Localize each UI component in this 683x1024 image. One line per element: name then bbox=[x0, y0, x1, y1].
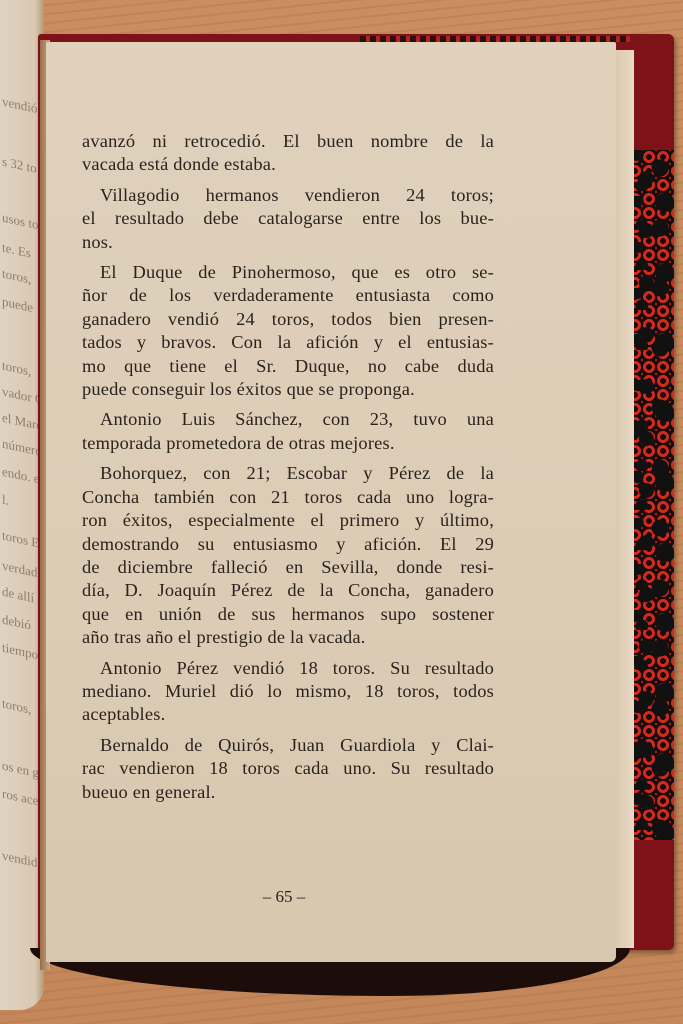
text-line: bueuo en general. bbox=[82, 781, 494, 804]
text-line: que en unión de sus hermanos supo sosten… bbox=[82, 603, 494, 626]
text-line: demostrando su entusiasmo y afición. El … bbox=[82, 533, 494, 556]
text-line: de diciembre falleció en Sevilla, donde … bbox=[82, 556, 494, 579]
body-text: avanzó ni retrocedió. El buen nombre de … bbox=[82, 130, 494, 811]
text-line: vacada está donde estaba. bbox=[82, 153, 494, 176]
book-page: avanzó ni retrocedió. El buen nombre de … bbox=[46, 42, 616, 962]
text-line: año tras año el prestigio de la vacada. bbox=[82, 626, 494, 649]
text-line: ron éxitos, especialmente el primero y ú… bbox=[82, 509, 494, 532]
text-line: tados y bravos. Con la afición y el entu… bbox=[82, 331, 494, 354]
text-line: Bohorquez, con 21; Escobar y Pérez de la bbox=[82, 462, 494, 485]
text-line: ganadero vendió 24 toros, todos bien pre… bbox=[82, 308, 494, 331]
text-line: avanzó ni retrocedió. El buen nombre de … bbox=[82, 130, 494, 153]
text-line: ñor de los verdaderamente entusiasta com… bbox=[82, 284, 494, 307]
text-line: el resultado debe catalogarse entre los … bbox=[82, 207, 494, 230]
text-line: temporada prometedora de otras mejores. bbox=[82, 432, 494, 455]
paragraph: avanzó ni retrocedió. El buen nombre de … bbox=[82, 130, 494, 177]
text-line: Villagodio hermanos vendieron 24 toros; bbox=[82, 184, 494, 207]
text-line: Antonio Luis Sánchez, con 23, tuvo una bbox=[82, 408, 494, 431]
paragraph: Bohorquez, con 21; Escobar y Pérez de la… bbox=[82, 462, 494, 649]
paragraph: Antonio Pérez vendió 18 toros. Su result… bbox=[82, 657, 494, 727]
paragraph: El Duque de Pinohermoso, que es otro se-… bbox=[82, 261, 494, 401]
text-line: Concha también con 21 toros cada uno log… bbox=[82, 486, 494, 509]
text-line: día, D. Joaquín Pérez de la Concha, gana… bbox=[82, 579, 494, 602]
text-line: rac vendieron 18 toros cada uno. Su resu… bbox=[82, 757, 494, 780]
text-line: El Duque de Pinohermoso, que es otro se- bbox=[82, 261, 494, 284]
paragraph: Antonio Luis Sánchez, con 23, tuvo unate… bbox=[82, 408, 494, 455]
text-line: Bernaldo de Quirós, Juan Guardiola y Cla… bbox=[82, 734, 494, 757]
page-number: – 65 – bbox=[244, 887, 324, 907]
text-line: puede conseguir los éxitos que se propon… bbox=[82, 378, 494, 401]
text-line: nos. bbox=[82, 231, 494, 254]
paragraph: Bernaldo de Quirós, Juan Guardiola y Cla… bbox=[82, 734, 494, 804]
text-line: mediano. Muriel dió lo mismo, 18 toros, … bbox=[82, 680, 494, 703]
marbled-cover-board bbox=[628, 150, 674, 840]
text-line: Antonio Pérez vendió 18 toros. Su result… bbox=[82, 657, 494, 680]
text-line: aceptables. bbox=[82, 703, 494, 726]
text-line: mo que tiene el Sr. Duque, no cabe duda bbox=[82, 355, 494, 378]
paragraph: Villagodio hermanos vendieron 24 toros;e… bbox=[82, 184, 494, 254]
